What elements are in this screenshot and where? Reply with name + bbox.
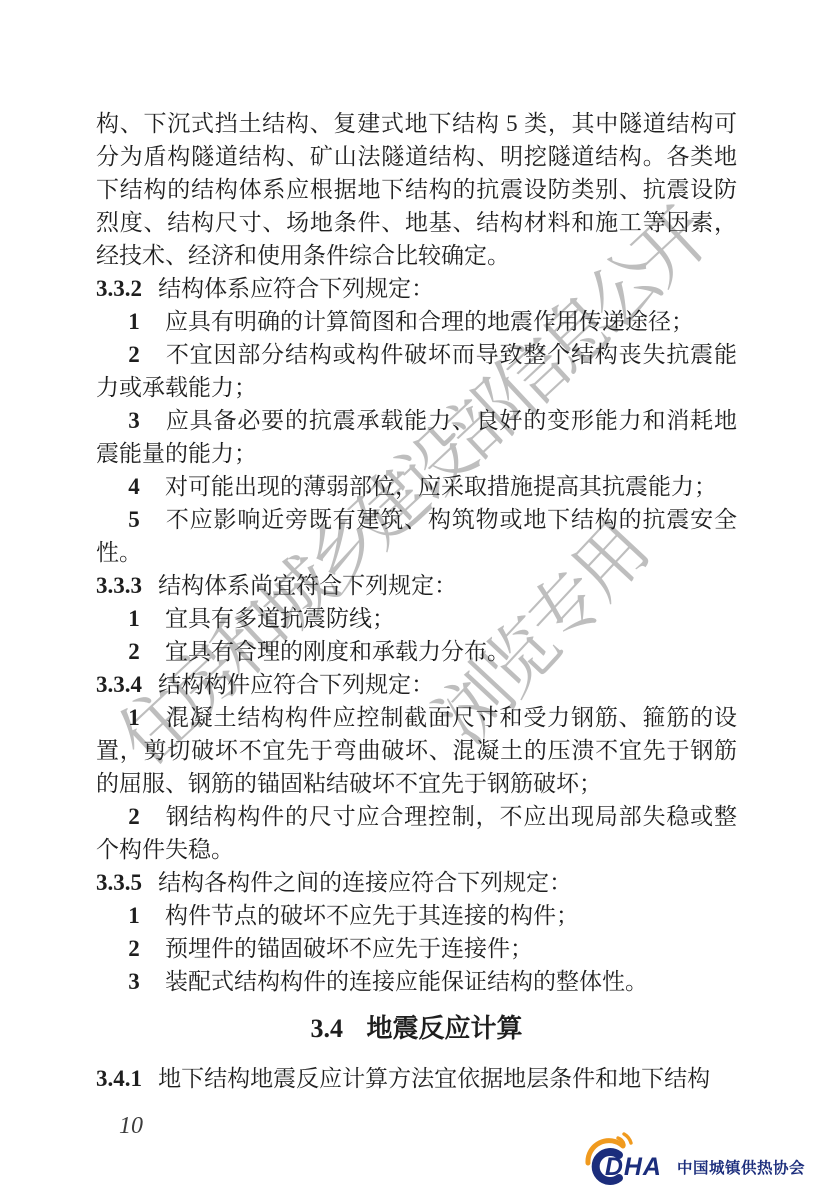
item-number: 1 [128, 309, 140, 334]
clause-paragraph: 3.3.2结构体系应符合下列规定： [96, 272, 737, 305]
clause-text: 结构各构件之间的连接应符合下列规定： [158, 870, 572, 895]
clause-paragraph: 3.3.4结构构件应符合下列规定： [96, 668, 737, 701]
item-text: 应具备必要的抗震承载能力、良好的变形能力和消耗地震能量的能力； [96, 408, 737, 466]
clause-text: 结构体系应符合下列规定： [158, 276, 434, 301]
clause-number: 3.3.3 [96, 573, 142, 598]
list-item: 2不宜因部分结构或构件破坏而导致整个结构丧失抗震能力或承载能力； [96, 338, 737, 404]
item-text: 不应影响近旁既有建筑、构筑物或地下结构的抗震安全性。 [96, 507, 737, 565]
item-number: 3 [128, 408, 140, 433]
list-item: 5不应影响近旁既有建筑、构筑物或地下结构的抗震安全性。 [96, 503, 737, 569]
list-item: 3应具备必要的抗震承载能力、良好的变形能力和消耗地震能量的能力； [96, 404, 737, 470]
list-item: 2宜具有合理的刚度和承载力分布。 [96, 635, 737, 668]
clause-text: 结构构件应符合下列规定： [158, 672, 434, 697]
clause-paragraph: 3.3.3结构体系尚宜符合下列规定： [96, 569, 737, 602]
clause-number: 3.4.1 [96, 1066, 142, 1091]
item-number: 2 [128, 639, 140, 664]
document-page: 住房和城乡建设部信息公开 浏览专用 构、下沉式挡土结构、复建式地下结构 5 类，… [0, 0, 827, 1198]
clause-paragraph: 3.4.1地下结构地震反应计算方法宜依据地层条件和地下结构 [96, 1062, 737, 1095]
document-body: 构、下沉式挡土结构、复建式地下结构 5 类，其中隧道结构可分为盾构隧道结构、矿山… [96, 107, 737, 1095]
item-number: 1 [128, 705, 140, 730]
clause-number: 3.3.2 [96, 276, 142, 301]
section-number: 3.4 [311, 1014, 344, 1043]
item-text: 钢结构构件的尺寸应合理控制，不应出现局部失稳或整个构件失稳。 [96, 804, 737, 862]
item-number: 5 [128, 507, 140, 532]
logo-abbr-text: DHA [605, 1155, 662, 1180]
page-number: 10 [119, 1113, 143, 1140]
list-item: 1应具有明确的计算简图和合理的地震作用传递途径； [96, 305, 737, 338]
item-number: 2 [128, 342, 140, 367]
item-number: 2 [128, 804, 140, 829]
section-title: 地震反应计算 [366, 1013, 522, 1043]
item-text: 对可能出现的薄弱部位，应采取措施提高其抗震能力； [165, 474, 717, 499]
item-text: 预埋件的锚固破坏不应先于连接件； [165, 936, 533, 961]
item-text: 不宜因部分结构或构件破坏而导致整个结构丧失抗震能力或承载能力； [96, 342, 737, 400]
body-paragraph: 构、下沉式挡土结构、复建式地下结构 5 类，其中隧道结构可分为盾构隧道结构、矿山… [96, 107, 737, 272]
item-text: 宜具有合理的刚度和承载力分布。 [165, 639, 510, 664]
section-heading: 3.4地震反应计算 [96, 1012, 737, 1045]
list-item: 2钢结构构件的尺寸应合理控制，不应出现局部失稳或整个构件失稳。 [96, 800, 737, 866]
item-number: 1 [128, 606, 140, 631]
item-text: 装配式结构构件的连接应能保证结构的整体性。 [165, 969, 648, 994]
paragraph-text: 构、下沉式挡土结构、复建式地下结构 5 类，其中隧道结构可分为盾构隧道结构、矿山… [96, 111, 737, 268]
clause-number: 3.3.5 [96, 870, 142, 895]
item-number: 3 [128, 969, 140, 994]
item-text: 构件节点的破坏不应先于其连接的构件； [165, 903, 579, 928]
clause-text: 地下结构地震反应计算方法宜依据地层条件和地下结构 [158, 1066, 710, 1091]
logo-org-name: 中国城镇供热协会 [677, 1161, 805, 1177]
item-number: 2 [128, 936, 140, 961]
item-text: 混凝土结构构件应控制截面尺寸和受力钢筋、箍筋的设置，剪切破坏不宜先于弯曲破坏、混… [96, 705, 737, 796]
item-text: 宜具有多道抗震防线； [165, 606, 395, 631]
clause-number: 3.3.4 [96, 672, 142, 697]
list-item: 4对可能出现的薄弱部位，应采取措施提高其抗震能力； [96, 470, 737, 503]
clause-paragraph: 3.3.5结构各构件之间的连接应符合下列规定： [96, 866, 737, 899]
list-item: 1混凝土结构构件应控制截面尺寸和受力钢筋、箍筋的设置，剪切破坏不宜先于弯曲破坏、… [96, 701, 737, 800]
item-text: 应具有明确的计算简图和合理的地震作用传递途径； [165, 309, 694, 334]
list-item: 1构件节点的破坏不应先于其连接的构件； [96, 899, 737, 932]
list-item: 3装配式结构构件的连接应能保证结构的整体性。 [96, 965, 737, 998]
footer-logo: DHA 中国城镇供热协会 [583, 1133, 805, 1183]
list-item: 2预埋件的锚固破坏不应先于连接件； [96, 932, 737, 965]
clause-text: 结构体系尚宜符合下列规定： [158, 573, 457, 598]
item-number: 4 [128, 474, 140, 499]
item-number: 1 [128, 903, 140, 928]
list-item: 1宜具有多道抗震防线； [96, 602, 737, 635]
